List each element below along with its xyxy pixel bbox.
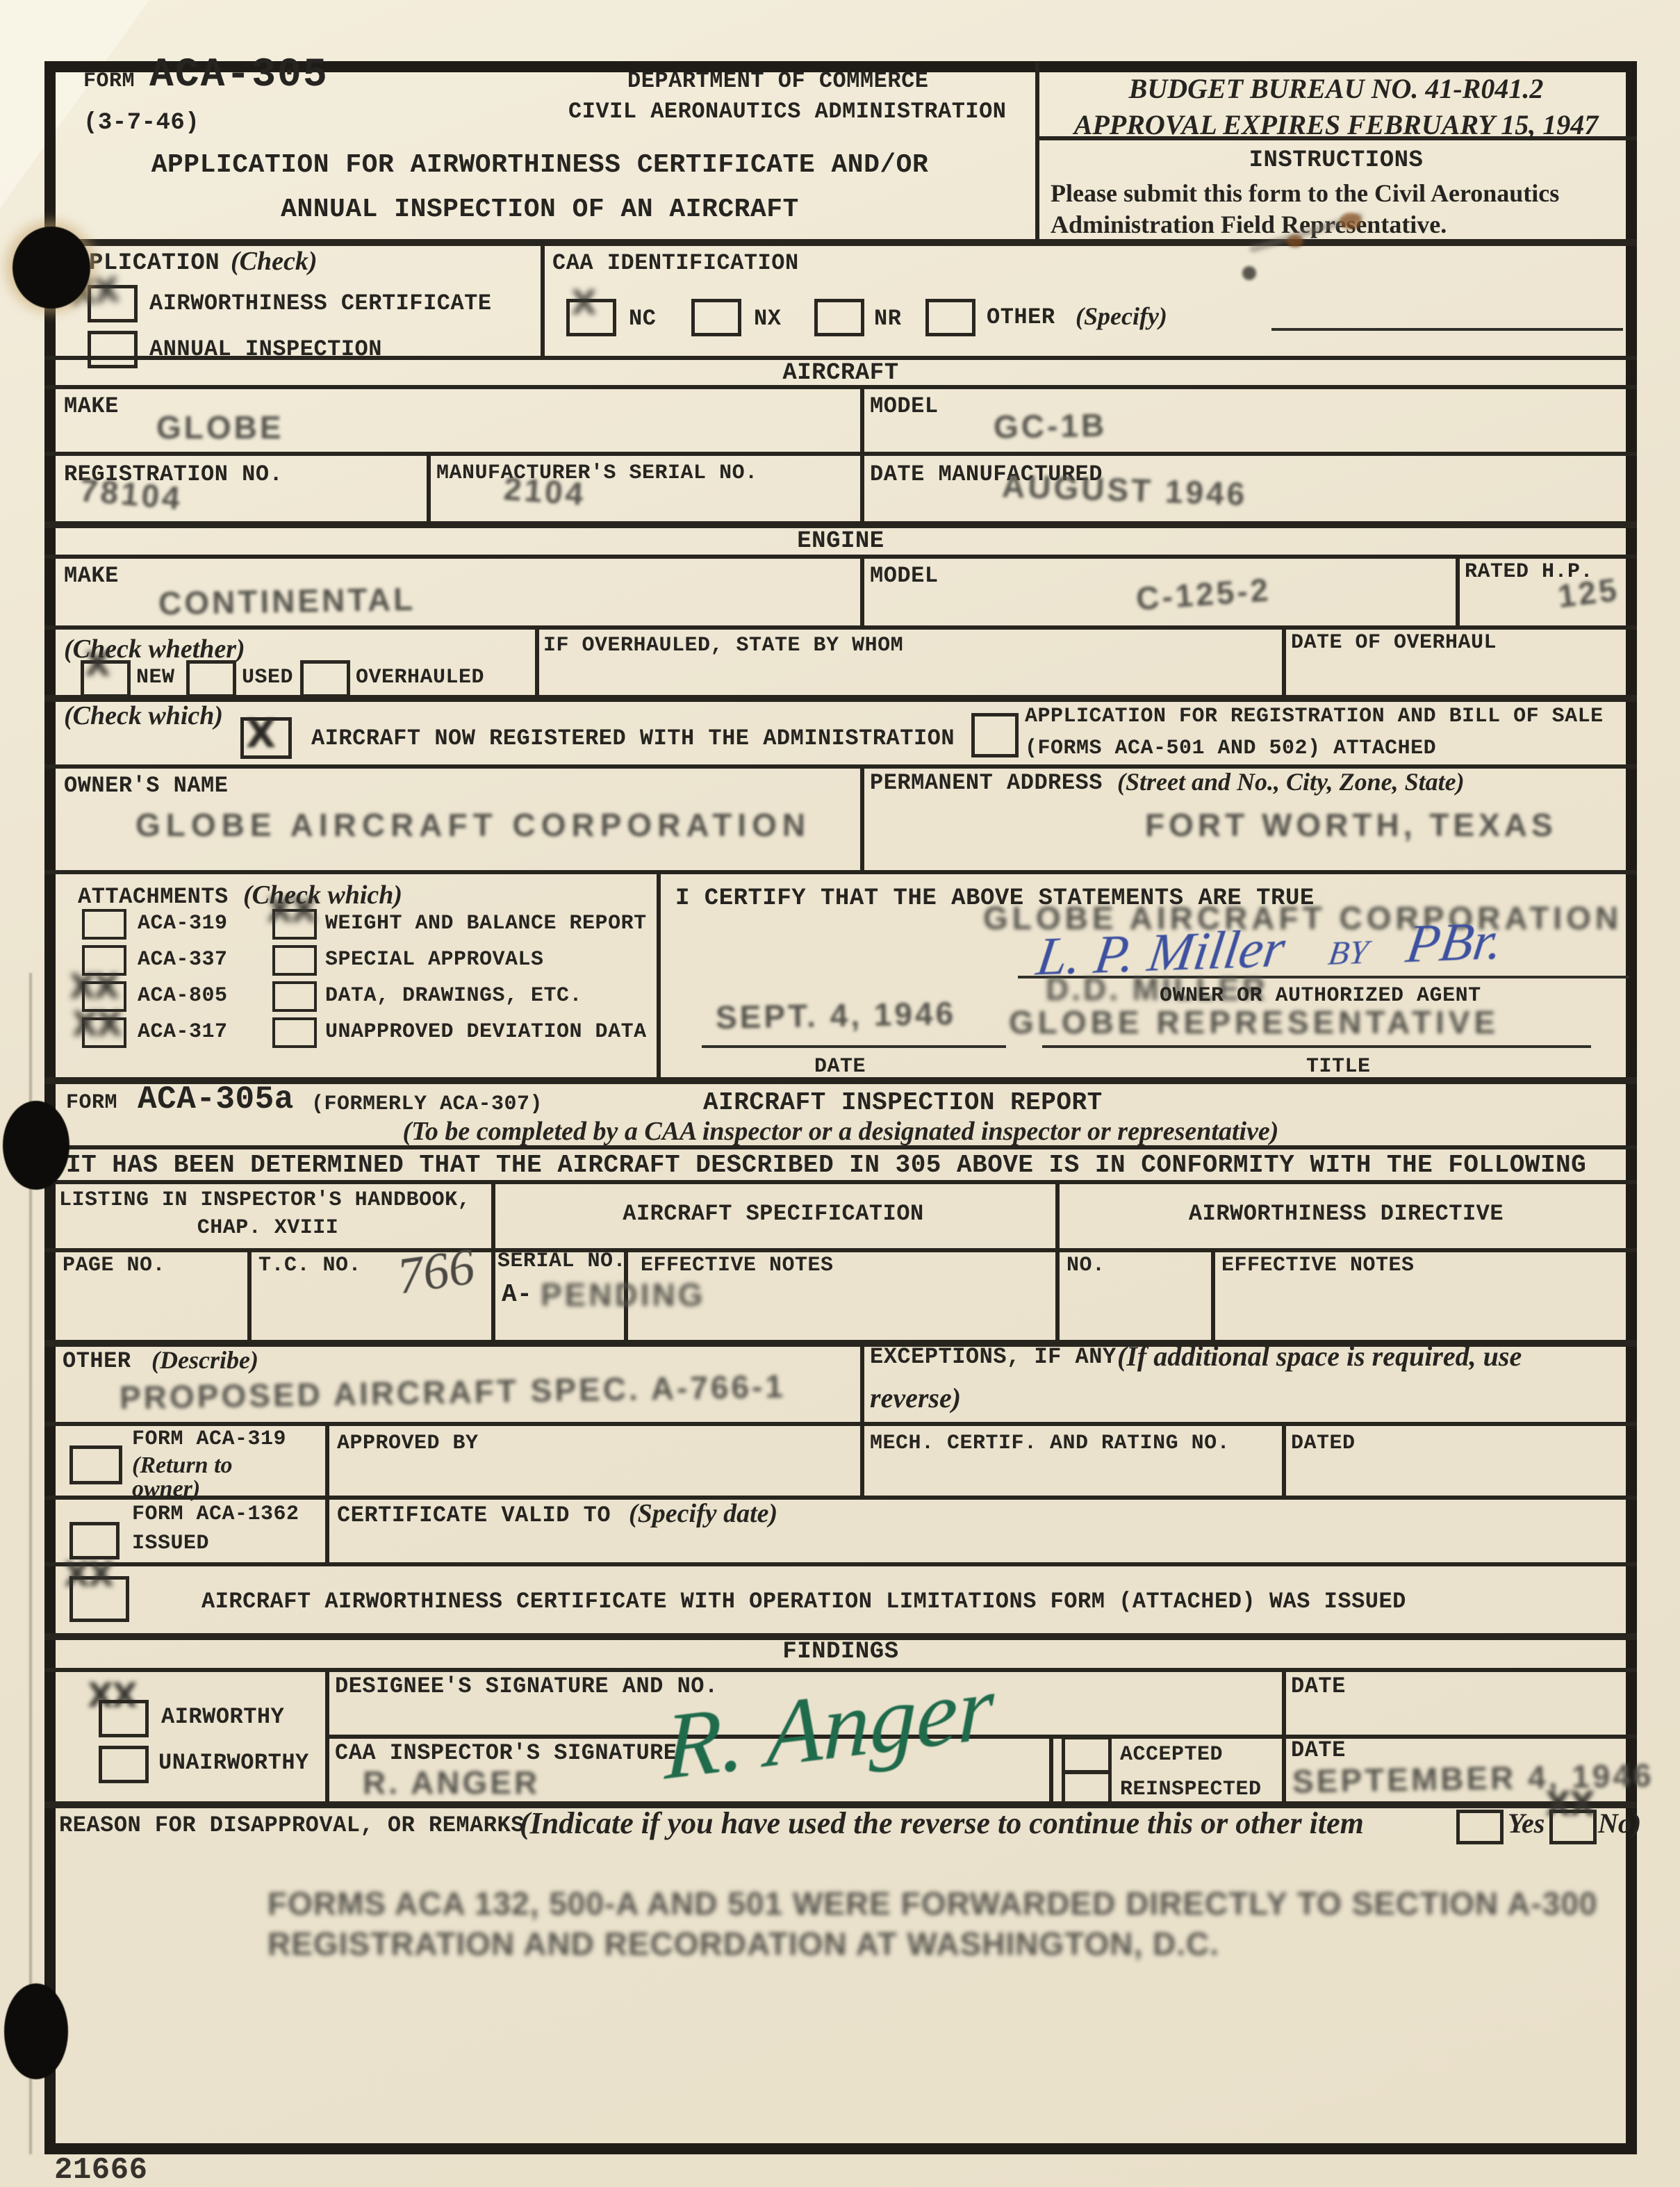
nr-label: NR: [874, 306, 901, 331]
airworthiness-directive-header: AIRWORTHINESS DIRECTIVE: [1055, 1201, 1637, 1227]
reinspected-label: REINSPECTED: [1120, 1778, 1262, 1801]
department-name: DEPARTMENT OF COMMERCE: [627, 68, 928, 94]
page-no-label: PAGE NO.: [63, 1254, 165, 1277]
attachments-label: ATTACHMENTS: [78, 884, 229, 910]
form-aca-319-checkbox[interactable]: [69, 1445, 122, 1484]
engine-overhauled-label: OVERHAULED: [356, 666, 484, 689]
serial-no-label: MANUFACTURER'S SERIAL NO.: [436, 461, 758, 485]
rule-h: [44, 695, 1637, 702]
instructions-title: INSTRUCTIONS: [1035, 147, 1637, 174]
nx-checkbox[interactable]: [691, 299, 741, 336]
rule-v: [247, 1248, 252, 1341]
other-specify-note: (Specify): [1076, 302, 1167, 331]
rule-v: [325, 1668, 329, 1803]
rule-v: [325, 1422, 329, 1497]
aca-317-label: ACA-317: [138, 1020, 228, 1044]
check-mark-stamp: X: [246, 712, 274, 757]
hole-punch: [3, 1101, 69, 1190]
certificate-valid-note: (Specify date): [629, 1498, 777, 1529]
rule-h: [44, 870, 1637, 874]
exceptions-note: (If additional space is required, use: [1117, 1340, 1522, 1373]
date-line: [702, 1045, 1006, 1048]
aircraft-specification-header: AIRCRAFT SPECIFICATION: [491, 1201, 1055, 1227]
signature-flourish: PBr.: [1403, 910, 1507, 974]
rule-v: [427, 452, 431, 523]
aca-319-label: ACA-319: [138, 912, 228, 935]
check-mark-stamp: XX: [267, 891, 315, 930]
special-approvals-checkbox[interactable]: [272, 945, 317, 976]
check-mark-stamp: XX: [69, 967, 118, 1006]
signature-name: L. P. Miller: [1033, 917, 1289, 986]
form-title-line1: APPLICATION FOR AIRWORTHINESS CERTIFICAT…: [44, 150, 1035, 180]
bill-of-sale-line1: APPLICATION FOR REGISTRATION AND BILL OF…: [1025, 705, 1604, 728]
engine-make-value: CONTINENTAL: [158, 580, 416, 622]
effective-notes2-label: EFFECTIVE NOTES: [1221, 1254, 1415, 1277]
return-to-note1: (Return to: [132, 1452, 233, 1479]
reason-remarks-label: REASON FOR DISAPPROVAL, OR REMARKS: [59, 1812, 525, 1838]
inspector-date-label: DATE: [1291, 1737, 1346, 1763]
exceptions-note2: reverse): [870, 1382, 961, 1414]
rule-h: [44, 625, 1637, 630]
check-mark-stamp: X: [85, 645, 109, 684]
engine-model-label: MODEL: [870, 563, 939, 589]
certification-date-stamp: SEPT. 4, 1946: [716, 994, 957, 1036]
issued-label: ISSUED: [132, 1532, 209, 1555]
form-number: ACA-305: [149, 53, 329, 98]
aca-319-checkbox[interactable]: [82, 909, 126, 940]
check-mark-stamp: X: [571, 284, 595, 322]
accepted-checkbox[interactable]: [1062, 1736, 1112, 1774]
form-aca-1362-checkbox[interactable]: [69, 1522, 120, 1559]
tc-no-label: T.C. NO.: [258, 1254, 361, 1277]
aircraft-make-value: GLOBE: [156, 409, 284, 446]
budget-bureau-line1: BUDGET BUREAU NO. 41-R041.2: [1035, 72, 1637, 105]
form-aca-1362-label: FORM ACA-1362: [132, 1502, 299, 1526]
administration-name: CIVIL AERONAUTICS ADMINISTRATION: [568, 99, 1007, 124]
serial-value-prefix: A-: [502, 1280, 532, 1309]
permanent-address-label: PERMANENT ADDRESS: [870, 770, 1103, 796]
hole-punch: [4, 1983, 68, 2079]
rule-v: [657, 870, 661, 1079]
engine-overhauled-checkbox[interactable]: [300, 660, 350, 698]
rule-v: [1456, 555, 1460, 627]
scanned-form-aca-305: FORM ACA-305 (3-7-46) DEPARTMENT OF COMM…: [0, 0, 1680, 2187]
rule-h: [44, 1180, 1637, 1184]
caa-other-specify-line[interactable]: [1271, 328, 1623, 331]
tc-no-value: 766: [394, 1238, 479, 1307]
rule-v: [860, 555, 864, 627]
inspector-date-stamp: SEPTEMBER 4, 1946: [1292, 1756, 1654, 1800]
special-approvals-label: SPECIAL APPROVALS: [325, 948, 544, 972]
unapproved-deviation-label: UNAPPROVED DEVIATION DATA: [325, 1020, 647, 1044]
form-305a-number: ACA-305a: [138, 1081, 294, 1117]
serial-no-value: 2104: [502, 470, 587, 513]
hole-punch: [13, 227, 90, 309]
rule-v: [1211, 1248, 1215, 1341]
other-describe-note: (Describe): [151, 1345, 258, 1375]
rule-h: [44, 1422, 1637, 1426]
findings-date-label: DATE: [1291, 1673, 1346, 1699]
application-check-note: (Check): [231, 246, 318, 277]
check-mark-stamp: XX: [64, 1555, 113, 1594]
airworthiness-certificate-label: AIRWORTHINESS CERTIFICATE: [149, 290, 492, 316]
owner-name-label: OWNER'S NAME: [64, 773, 228, 798]
rule-h: [44, 521, 1637, 528]
caa-identification-label: CAA IDENTIFICATION: [552, 250, 799, 276]
mech-certif-label: MECH. CERTIF. AND RATING NO.: [870, 1432, 1230, 1455]
unairworthy-checkbox[interactable]: [99, 1746, 149, 1783]
aircraft-make-label: MAKE: [64, 393, 119, 419]
rule-h: [44, 1496, 1637, 1500]
stain: [1242, 266, 1256, 280]
table-serial-no-label: SERIAL NO.: [497, 1250, 626, 1273]
weight-balance-label: WEIGHT AND BALANCE REPORT: [325, 912, 647, 935]
rated-hp-value: 125: [1556, 571, 1622, 615]
aircraft-model-value: GC-1B: [994, 407, 1107, 446]
rule-v: [860, 385, 864, 523]
rule-h: [44, 452, 1637, 456]
stain: [1287, 235, 1303, 247]
date-of-overhaul-label: DATE OF OVERHAUL: [1291, 631, 1497, 655]
instructions-body: Please submit this form to the Civil Aer…: [1051, 178, 1626, 240]
budget-bureau-line2: APPROVAL EXPIRES FEBRUARY 15, 1947: [1035, 108, 1637, 141]
rule-v: [1282, 625, 1286, 696]
rule-v: [860, 1422, 864, 1497]
rule-v: [535, 625, 539, 696]
dated-label: DATED: [1291, 1432, 1356, 1455]
other-label: OTHER: [987, 304, 1055, 330]
serial-value-stamp: PENDING: [541, 1276, 706, 1313]
forwarded-stamp-line2: REGISTRATION AND RECORDATION AT WASHINGT…: [267, 1925, 1219, 1963]
bill-of-sale-line2: (FORMS ACA-501 AND 502) ATTACHED: [1025, 737, 1436, 760]
signature-by: BY: [1326, 934, 1371, 972]
permanent-address-note: (Street and No., City, Zone, State): [1117, 767, 1465, 796]
rule-h: [44, 1562, 1637, 1566]
other-checkbox[interactable]: [925, 299, 975, 336]
findings-section-title: FINDINGS: [44, 1639, 1637, 1665]
overhauled-by-whom-label: IF OVERHAULED, STATE BY WHOM: [543, 634, 903, 657]
caa-inspector-signature-label: CAA INSPECTOR'S SIGNATURE: [335, 1740, 677, 1766]
inspection-report-subtitle: (To be completed by a CAA inspector or a…: [44, 1116, 1637, 1147]
handbook-header-line2: CHAP. XVIII: [44, 1216, 491, 1240]
accepted-label: ACCEPTED: [1120, 1743, 1223, 1767]
rule-v: [541, 242, 545, 357]
unapproved-deviation-checkbox[interactable]: [272, 1017, 317, 1048]
effective-notes-label: EFFECTIVE NOTES: [641, 1254, 834, 1277]
form-aca-319-label: FORM ACA-319: [132, 1427, 286, 1451]
inspector-name-stamp: R. ANGER: [363, 1764, 540, 1801]
engine-used-checkbox[interactable]: [186, 660, 236, 698]
nr-checkbox[interactable]: [814, 299, 864, 336]
rule-v: [1282, 1668, 1286, 1803]
reinspected-checkbox[interactable]: [1062, 1771, 1112, 1808]
title-line: [1042, 1045, 1591, 1048]
registered-label: AIRCRAFT NOW REGISTERED WITH THE ADMINIS…: [311, 726, 955, 751]
engine-new-label: NEW: [136, 666, 175, 689]
title-stamp: GLOBE REPRESENTATIVE: [1009, 1004, 1499, 1041]
bill-of-sale-checkbox[interactable]: [971, 713, 1019, 757]
check-mark-stamp: XX: [72, 1005, 121, 1044]
permanent-address-value: FORT WORTH, TEXAS: [1145, 806, 1557, 844]
other-describe-label: OTHER: [63, 1348, 131, 1374]
airworthy-label: AIRWORTHY: [161, 1704, 284, 1730]
aircraft-model-label: MODEL: [870, 393, 939, 419]
date-label: DATE: [814, 1055, 866, 1079]
form-title-line2: ANNUAL INSPECTION OF AN AIRCRAFT: [44, 195, 1035, 224]
exceptions-label: EXCEPTIONS, IF ANY: [870, 1344, 1117, 1370]
forwarded-stamp-line1: FORMS ACA 132, 500-A AND 501 WERE FORWAR…: [267, 1885, 1597, 1922]
certificate-issued-label: AIRCRAFT AIRWORTHINESS CERTIFICATE WITH …: [201, 1589, 1406, 1614]
form-label: FORM: [83, 69, 135, 93]
aca-337-label: ACA-337: [138, 948, 228, 972]
stain: [1340, 213, 1362, 229]
return-to-note2: owner): [132, 1476, 200, 1502]
rule-v: [1049, 1735, 1053, 1803]
reason-remarks-note: (Indicate if you have used the reverse t…: [520, 1805, 1364, 1841]
rule-v: [325, 1496, 329, 1564]
approved-by-label: APPROVED BY: [337, 1432, 479, 1455]
engine-used-label: USED: [242, 666, 293, 689]
engine-section-title: ENGINE: [44, 528, 1637, 555]
designee-signature-label: DESIGNEE'S SIGNATURE AND NO.: [335, 1673, 718, 1699]
aircraft-section-title: AIRCRAFT: [44, 360, 1637, 386]
directive-no-label: NO.: [1067, 1254, 1105, 1277]
remarks-yes-label: Yes: [1508, 1807, 1545, 1840]
annual-inspection-label: ANNUAL INSPECTION: [149, 336, 382, 362]
title-label: TITLE: [1306, 1055, 1371, 1079]
remarks-no-label: No): [1598, 1807, 1641, 1840]
handbook-header-line1: LISTING IN INSPECTOR'S HANDBOOK,: [59, 1188, 470, 1212]
document-serial-number: 21666: [54, 2153, 148, 2187]
formerly-note: (FORMERLY ACA-307): [311, 1092, 543, 1116]
form-305a-label: FORM: [66, 1091, 117, 1115]
form-date: (3-7-46): [83, 110, 199, 136]
nx-label: NX: [754, 306, 781, 331]
certificate-valid-label: CERTIFICATE VALID TO: [337, 1502, 611, 1528]
remarks-yes-checkbox[interactable]: [1456, 1810, 1504, 1844]
airworthy-checkbox[interactable]: [99, 1700, 149, 1737]
owner-name-value: GLOBE AIRCRAFT CORPORATION: [135, 806, 811, 844]
determination-statement: IT HAS BEEN DETERMINED THAT THE AIRCRAFT…: [66, 1151, 1586, 1179]
registration-check-note: (Check which): [64, 701, 223, 731]
aca-805-label: ACA-805: [138, 984, 228, 1008]
rule-h: [44, 1248, 1637, 1252]
data-drawings-label: DATA, DRAWINGS, ETC.: [325, 984, 582, 1008]
data-drawings-checkbox[interactable]: [272, 981, 317, 1012]
unairworthy-label: UNAIRWORTHY: [158, 1750, 309, 1776]
check-mark-stamp: XX: [1545, 1785, 1594, 1824]
rule-h: [44, 555, 1637, 559]
inspection-report-title: AIRCRAFT INSPECTION REPORT: [703, 1088, 1103, 1117]
nc-label: NC: [629, 306, 656, 331]
rule-v: [860, 1340, 864, 1423]
engine-make-label: MAKE: [64, 563, 119, 589]
rule-v: [1282, 1422, 1286, 1497]
rule-v: [860, 764, 864, 871]
